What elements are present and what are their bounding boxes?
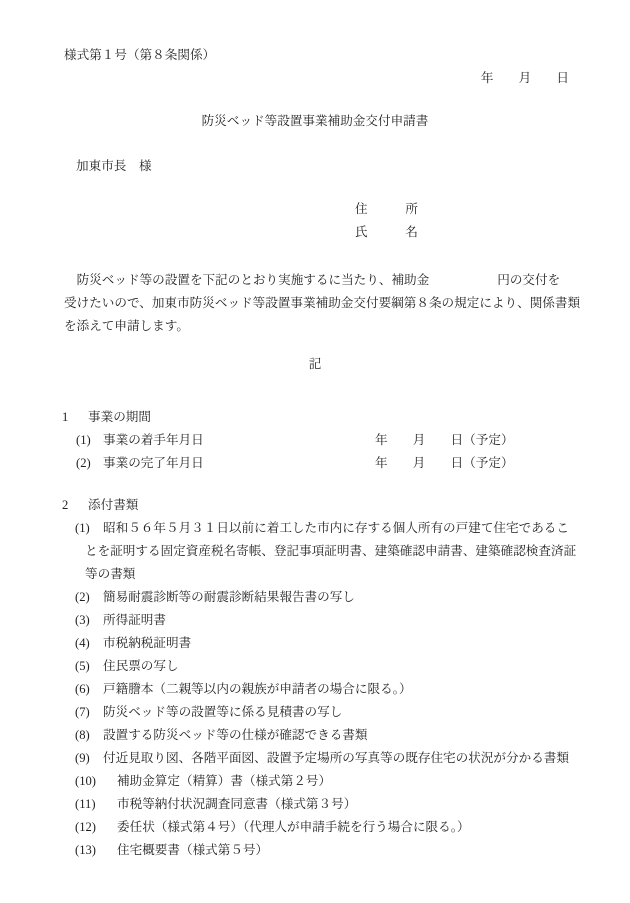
- body-line-2: 受けたいので、加東市防災ベッド等設置事業補助金交付要綱第８条の規定により、関係書…: [64, 292, 630, 315]
- attachment-item-11: (11)市税等納付状況調査同意書（様式第３号）: [85, 793, 630, 816]
- document-title: 防災ベッド等設置事業補助金交付申請書: [0, 110, 630, 133]
- attachment-item-1-line-1: 昭和５６年５月３１日以前に着工した市内に存する個人所有の戸建て住宅であるこ: [103, 521, 569, 535]
- attachment-item-7: (7)防災ベッド等の設置等に係る見積書の写し: [85, 701, 630, 724]
- period-item-2-date-blank: 年 月 日（予定）: [375, 452, 514, 475]
- attachment-item-1: (1)昭和５６年５月３１日以前に着工した市内に存する個人所有の戸建て住宅であるこ: [85, 517, 630, 540]
- section1-number: 1: [62, 406, 88, 429]
- attachment-item-10-label: (10): [75, 770, 117, 793]
- attachment-item-3: (3)所得証明書: [85, 609, 630, 632]
- section-attachments: 2添付書類 (1)昭和５６年５月３１日以前に着工した市内に存する個人所有の戸建て…: [0, 494, 630, 862]
- period-item-1-label: (1): [76, 429, 103, 452]
- attachment-item-12: (12)委任状（様式第４号）（代理人が申請手続を行う場合に限る。）: [85, 816, 630, 839]
- attachment-item-6-text: 戸籍謄本（二親等以内の親族が申請者の場合に限る。）: [103, 682, 412, 696]
- attachment-item-6: (6)戸籍謄本（二親等以内の親族が申請者の場合に限る。）: [85, 678, 630, 701]
- attachment-item-9-label: (9): [75, 747, 103, 770]
- attachment-item-5-text: 住民票の写し: [103, 659, 179, 673]
- section1-title: 事業の期間: [88, 410, 151, 424]
- date-line: 年 月 日: [0, 67, 630, 90]
- body-paragraph: 防災ベッド等の設置を下記のとおり実施するに当たり、補助金円の交付を 受けたいので…: [64, 269, 630, 338]
- attachment-item-8-label: (8): [75, 724, 103, 747]
- section2-title: 添付書類: [88, 498, 138, 512]
- subsidy-amount-blank: [429, 283, 497, 284]
- attachment-item-12-text: 委任状（様式第４号）（代理人が申請手続を行う場合に限る。）: [117, 820, 470, 834]
- period-item-2-text: 事業の完了年月日: [103, 456, 204, 470]
- attachment-item-8: (8)設置する防災ベッド等の仕様が確認できる書類: [85, 724, 630, 747]
- attachment-item-12-label: (12): [75, 816, 117, 839]
- period-item-start: (1)事業の着手年月日 年 月 日（予定）: [76, 429, 630, 452]
- attachment-item-13-text: 住宅概要書（様式第５号）: [117, 843, 268, 857]
- period-item-2-label: (2): [76, 452, 103, 475]
- attachment-item-4: (4)市税納税証明書: [85, 632, 630, 655]
- body-line-1-before-blank: 防災ベッド等の設置を下記のとおり実施するに当たり、補助金: [64, 273, 429, 287]
- attachment-item-1-label: (1): [75, 517, 103, 540]
- attachment-item-8-text: 設置する防災ベッド等の仕様が確認できる書類: [103, 728, 367, 742]
- attachment-item-7-text: 防災ベッド等の設置等に係る見積書の写し: [103, 705, 342, 719]
- section1-header: 1事業の期間: [62, 406, 630, 429]
- form-number: 様式第１号（第８条関係）: [64, 44, 630, 67]
- attachment-item-3-label: (3): [75, 609, 103, 632]
- attachment-item-7-label: (7): [75, 701, 103, 724]
- attachment-item-11-label: (11): [75, 793, 117, 816]
- attachment-item-10: (10)補助金算定（精算）書（様式第２号）: [85, 770, 630, 793]
- period-item-1-text: 事業の着手年月日: [103, 433, 204, 447]
- attachment-item-2-label: (2): [75, 586, 103, 609]
- section2-header: 2添付書類: [62, 494, 630, 517]
- attachment-item-4-label: (4): [75, 632, 103, 655]
- attachment-item-3-text: 所得証明書: [103, 613, 166, 627]
- attachment-item-10-text: 補助金算定（精算）書（様式第２号）: [117, 774, 331, 788]
- attachment-item-4-text: 市税納税証明書: [103, 636, 191, 650]
- attachment-item-13: (13)住宅概要書（様式第５号）: [85, 839, 630, 862]
- address-label: 住 所: [355, 198, 630, 221]
- attachment-item-9: (9)付近見取り図、各階平面図、設置予定場所の写真等の既存住宅の状況が分かる書類: [85, 747, 630, 770]
- body-line-1-after-blank: 円の交付を: [497, 273, 560, 287]
- attachment-item-1-line-2: とを証明する固定資産税名寄帳、登記事項証明書、建築確認申請書、建築確認検査済証: [85, 540, 630, 563]
- section2-number: 2: [62, 494, 88, 517]
- body-line-1: 防災ベッド等の設置を下記のとおり実施するに当たり、補助金円の交付を: [64, 269, 630, 292]
- attachment-item-1-line-3: 等の書類: [85, 563, 630, 586]
- attachment-item-2-text: 簡易耐震診断等の耐震診断結果報告書の写し: [103, 590, 355, 604]
- attachment-item-6-label: (6): [75, 678, 103, 701]
- attachment-item-9-text: 付近見取り図、各階平面図、設置予定場所の写真等の既存住宅の状況が分かる書類: [103, 751, 569, 765]
- body-line-3: を添えて申請します。: [64, 315, 630, 338]
- applicant-block: 住 所 氏 名: [355, 198, 630, 244]
- attachment-item-5-label: (5): [75, 655, 103, 678]
- period-item-1-date-blank: 年 月 日（予定）: [375, 429, 514, 452]
- name-label: 氏 名: [355, 221, 630, 244]
- attachment-item-13-label: (13): [75, 839, 117, 862]
- section-project-period: 1事業の期間 (1)事業の着手年月日 年 月 日（予定） (2)事業の完了年月日…: [0, 406, 630, 475]
- attachment-item-11-text: 市税等納付状況調査同意書（様式第３号）: [117, 797, 356, 811]
- ki-heading: 記: [0, 353, 630, 376]
- document-page: 様式第１号（第８条関係） 年 月 日 防災ベッド等設置事業補助金交付申請書 加東…: [0, 0, 630, 903]
- attachment-item-5: (5)住民票の写し: [85, 655, 630, 678]
- period-item-completion: (2)事業の完了年月日 年 月 日（予定）: [76, 452, 630, 475]
- recipient-line: 加東市長 様: [76, 155, 630, 178]
- attachment-item-2: (2)簡易耐震診断等の耐震診断結果報告書の写し: [85, 586, 630, 609]
